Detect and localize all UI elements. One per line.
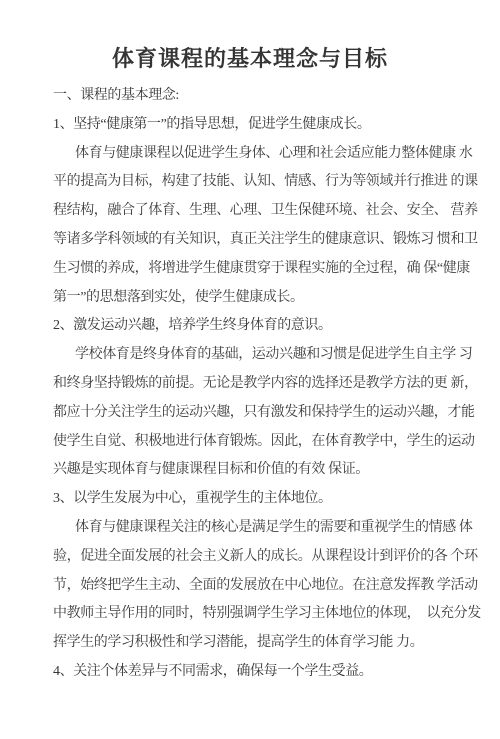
text-line: 验，促进全面发展的社会主义新人的成长。从课程设计到评价的各 个环 — [53, 543, 473, 572]
text-line: 兴趣是实现体育与健康课程目标和价值的有效 保证。 — [53, 456, 473, 485]
text-line: 程结构，融合了体育、生理、心理、卫生保健环境、社会、安全、 营养 — [53, 197, 473, 226]
text-line: 使学生自觉、积极地进行体育锻炼。因此，在体育教学中，学生的运动 — [53, 428, 473, 457]
text-line: 等诸多学科领域的有关知识，真正关注学生的健康意识、锻炼习 惯和卫 — [53, 226, 473, 255]
text-line: 体育与健康课程关注的核心是满足学生的需要和重视学生的情感 体 — [53, 514, 473, 543]
text-line: 学校体育是终身体育的基础，运动兴趣和习惯是促进学生自主学 习 — [53, 341, 473, 370]
text-line: 1、坚持“健康第一”的指导思想，促进学生健康成长。 — [53, 111, 473, 140]
document-body: 一、课程的基本理念: 1、坚持“健康第一”的指导思想，促进学生健康成长。 体育与… — [53, 82, 473, 687]
text-line: 生习惯的养成，将增进学生健康贯穿于课程实施的全过程，确 保“健康 — [53, 255, 473, 284]
text-line: 和终身坚持锻炼的前提。无论是教学内容的选择还是教学方法的更 新， — [53, 370, 473, 399]
text-line: 都应十分关注学生的运动兴趣，只有激发和保持学生的运动兴趣，才能 — [53, 399, 473, 428]
text-line: 4、关注个体差异与不同需求，确保每一个学生受益。 — [53, 658, 473, 687]
text-line: 2、激发运动兴趣，培养学生终身体育的意识。 — [53, 312, 473, 341]
text-line: 节，始终把学生主动、全面的发展放在中心地位。在注意发挥教 学活动 — [53, 572, 473, 601]
document-page: 体育课程的基本理念与目标 一、课程的基本理念: 1、坚持“健康第一”的指导思想，… — [0, 0, 500, 739]
text-line: 挥学生的学习积极性和学习潜能，提高学生的体育学习能 力。 — [53, 629, 473, 658]
text-line: 平的提高为目标，构建了技能、认知、情感、行为等领域并行推进 的课 — [53, 168, 473, 197]
text-line: 一、课程的基本理念: — [53, 82, 473, 111]
text-line: 体育与健康课程以促进学生身体、心理和社会适应能力整体健康 水 — [53, 140, 473, 169]
text-line: 第一”的思想落到实处，使学生健康成长。 — [53, 284, 473, 313]
text-line: 3、以学生发展为中心，重视学生的主体地位。 — [53, 485, 473, 514]
document-title: 体育课程的基本理念与目标 — [0, 42, 500, 76]
text-line: 中教师主导作用的同时，特别强调学生学习主体地位的体现， 以充分发 — [53, 600, 473, 629]
